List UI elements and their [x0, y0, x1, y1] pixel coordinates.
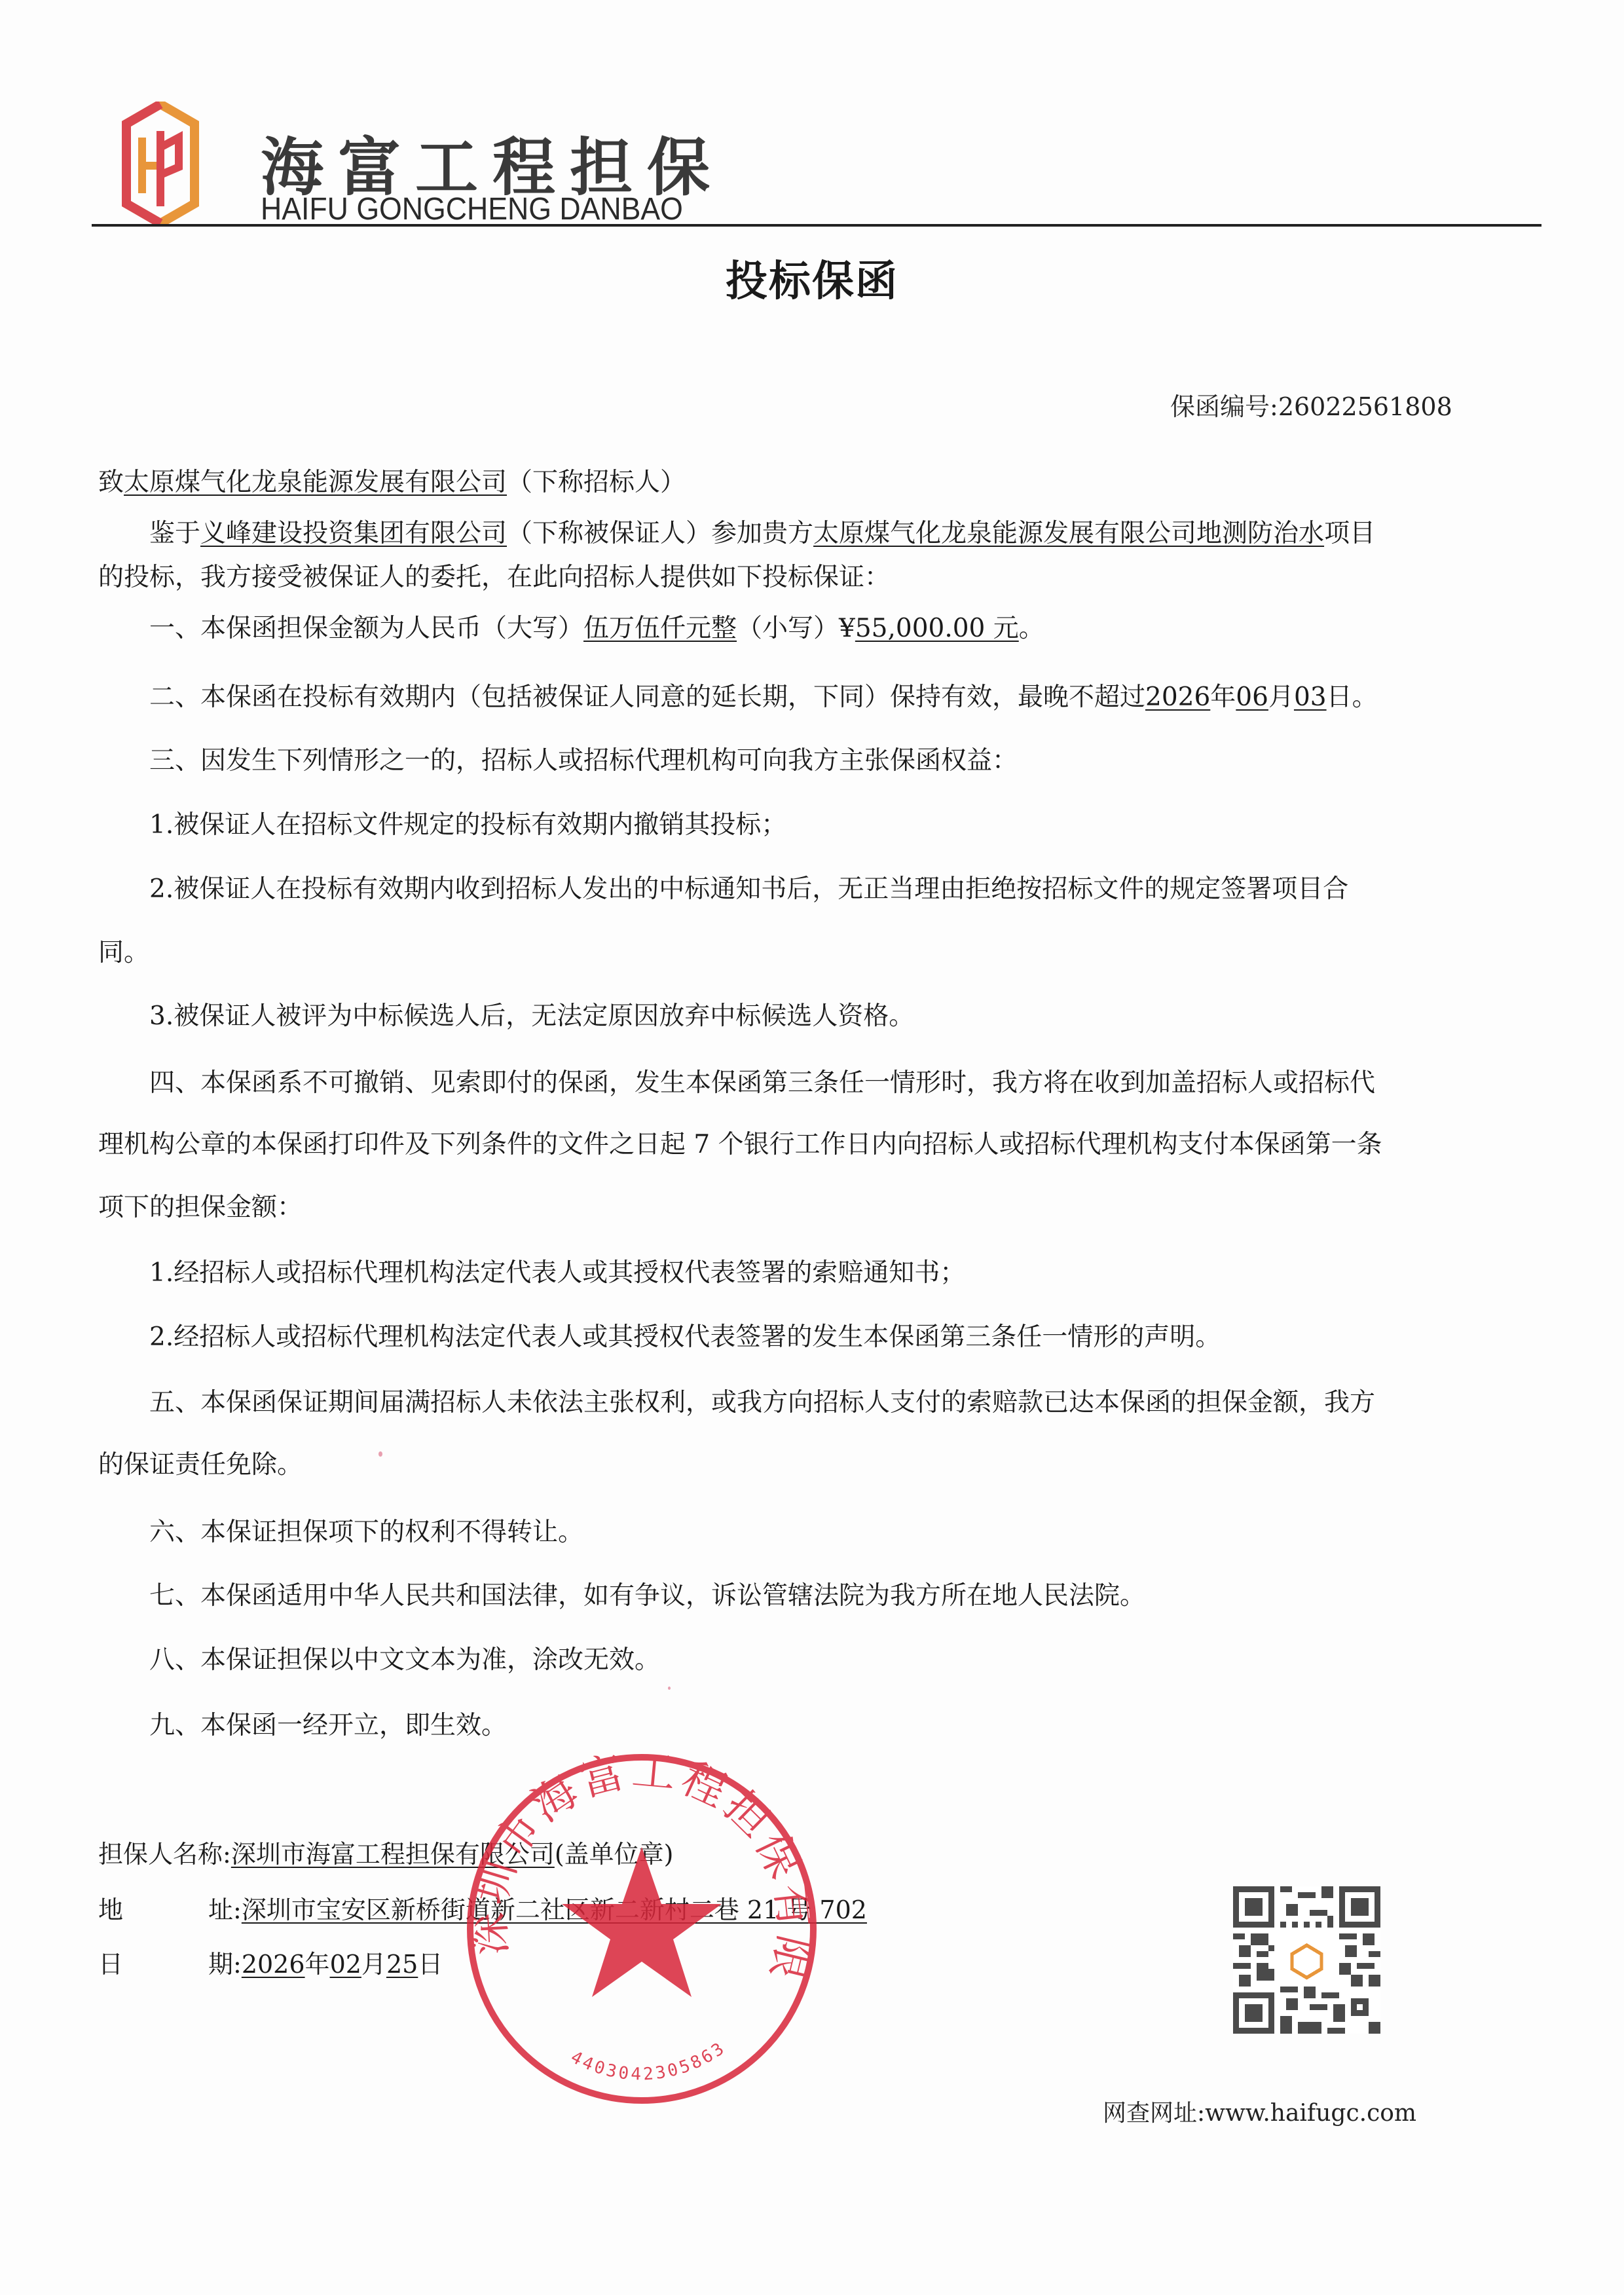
clause-9: 九、本保函一经开立，即生效。: [149, 1705, 507, 1742]
clause-text: 二、本保函在投标有效期内（包括被保证人同意的延长期，下同）保持有效，最晚不超过: [149, 682, 1145, 712]
date-line: 日期:2026年02月25日: [98, 1944, 443, 1980]
clause-text: 一、本保函担保金额为人民币（大写）: [149, 614, 583, 643]
amount-in-figures: 55,000.00 元: [855, 614, 1019, 643]
red-star-seal-icon: 深圳市海富工程担保有限公司 4403042305863: [452, 1739, 832, 2119]
amount-in-words: 伍万伍仟元整: [583, 614, 737, 643]
date-unit: 月: [361, 1950, 386, 1979]
letterhead: 海富工程担保 HAIFU GONGCHENG DANBAO: [92, 79, 1545, 223]
clause-text: 年: [1210, 682, 1236, 712]
header-divider: [92, 224, 1541, 227]
expiry-day: 03: [1294, 682, 1327, 712]
guarantee-number: 保函编号:26022561808: [1170, 386, 1452, 422]
clause-5-cont: 的保证责任免除。: [98, 1444, 303, 1481]
guarantee-number-label: 保函编号:: [1170, 392, 1278, 421]
clause-6: 六、本保证担保项下的权利不得转让。: [149, 1512, 583, 1548]
verify-url-label: 网查网址:: [1103, 2100, 1205, 2127]
verify-url: 网查网址:www.haifugc.com: [1103, 2095, 1416, 2128]
scan-speck: [378, 1451, 382, 1457]
qr-code-icon[interactable]: [1233, 1886, 1380, 2034]
clause-4: 四、本保函系不可撤销、见索即付的保函，发生本保函第三条任一情形时，我方将在收到加…: [149, 1062, 1375, 1099]
date-unit: 日: [418, 1950, 443, 1979]
clause-7: 七、本保函适用中华人民共和国法律，如有争议，诉讼管辖法院为我方所在地人民法院。: [149, 1575, 1145, 1612]
clause-text: 月: [1268, 682, 1294, 712]
clause-5: 五、本保函保证期间届满招标人未依法主张权利，或我方向招标人支付的索赔款已达本保函…: [149, 1382, 1375, 1419]
issue-year: 2026: [242, 1950, 305, 1979]
brand-name-en: HAIFU GONGCHENG DANBAO: [261, 191, 683, 227]
clause-4-cont-1: 理机构公章的本保函打印件及下列条件的文件之日起 7 个银行工作日内向招标人或招标…: [98, 1124, 1382, 1161]
issue-month: 02: [330, 1950, 361, 1979]
hf-hexagon-logo-icon: [121, 102, 200, 226]
intro-line-1: 鉴于义峰建设投资集团有限公司（下称被保证人）参加贵方太原煤气化龙泉能源发展有限公…: [149, 513, 1375, 550]
principal-name: 义峰建设投资集团有限公司: [200, 519, 507, 548]
guarantor-label: 担保人名称:: [98, 1840, 231, 1869]
clause-text: （小写）¥: [737, 614, 855, 643]
addressee-suffix: （下称招标人）: [507, 468, 686, 497]
svg-text:4403042305863: 4403042305863: [568, 2038, 730, 2084]
addressee-name: 太原煤气化龙泉能源发展有限公司: [124, 468, 507, 497]
intro-text: 鉴于: [149, 519, 200, 548]
clause-3-item-1: 1.被保证人在招标文件规定的投标有效期内撤销其投标；: [149, 804, 786, 841]
clause-2: 二、本保函在投标有效期内（包括被保证人同意的延长期，下同）保持有效，最晚不超过2…: [149, 677, 1378, 713]
intro-text: （下称被保证人）参加贵方: [507, 519, 813, 548]
project-name: 太原煤气化龙泉能源发展有限公司地测防治水: [813, 519, 1324, 548]
intro-text: 项目: [1324, 519, 1375, 548]
intro-line-2: 的投标，我方接受被保证人的委托，在此向招标人提供如下投标保证：: [98, 557, 890, 593]
scan-speck: [668, 1687, 671, 1690]
date-label: 期:: [208, 1950, 242, 1979]
clause-4-item-1: 1.经招标人或招标代理机构法定代表人或其授权代表签署的索赔通知书；: [149, 1252, 965, 1289]
date-label: 日: [98, 1950, 123, 1979]
issue-day: 25: [386, 1950, 418, 1979]
clause-4-cont-2: 项下的担保金额：: [98, 1187, 303, 1223]
expiry-year: 2026: [1145, 682, 1210, 712]
clause-3-item-2-cont: 同。: [98, 932, 149, 969]
guarantee-number-value: 26022561808: [1278, 392, 1452, 421]
clause-text: 日。: [1327, 682, 1378, 712]
clause-1: 一、本保函担保金额为人民币（大写）伍万伍仟元整（小写）¥55,000.00 元。: [149, 608, 1044, 644]
address-label: 址:: [208, 1895, 242, 1924]
clause-3: 三、因发生下列情形之一的，招标人或招标代理机构可向我方主张保函权益：: [149, 740, 1018, 777]
document-title: 投标保函: [0, 248, 1624, 308]
date-unit: 年: [305, 1950, 330, 1979]
clause-text: 。: [1019, 614, 1044, 643]
clause-3-item-2: 2.被保证人在投标有效期内收到招标人发出的中标通知书后，无正当理由拒绝按招标文件…: [149, 868, 1348, 905]
clause-8: 八、本保证担保以中文文本为准，涂改无效。: [149, 1639, 660, 1676]
clause-3-item-3: 3.被保证人被评为中标候选人后，无法定原因放弃中标候选人资格。: [149, 996, 914, 1032]
expiry-month: 06: [1236, 682, 1268, 712]
clause-4-item-2: 2.经招标人或招标代理机构法定代表人或其授权代表签署的发生本保函第三条任一情形的…: [149, 1316, 1221, 1353]
addressee-line: 致太原煤气化龙泉能源发展有限公司（下称招标人）: [98, 462, 686, 498]
address-label: 地: [98, 1895, 123, 1924]
addressee-prefix: 致: [98, 468, 124, 497]
verify-url-link[interactable]: www.haifugc.com: [1205, 2100, 1416, 2127]
